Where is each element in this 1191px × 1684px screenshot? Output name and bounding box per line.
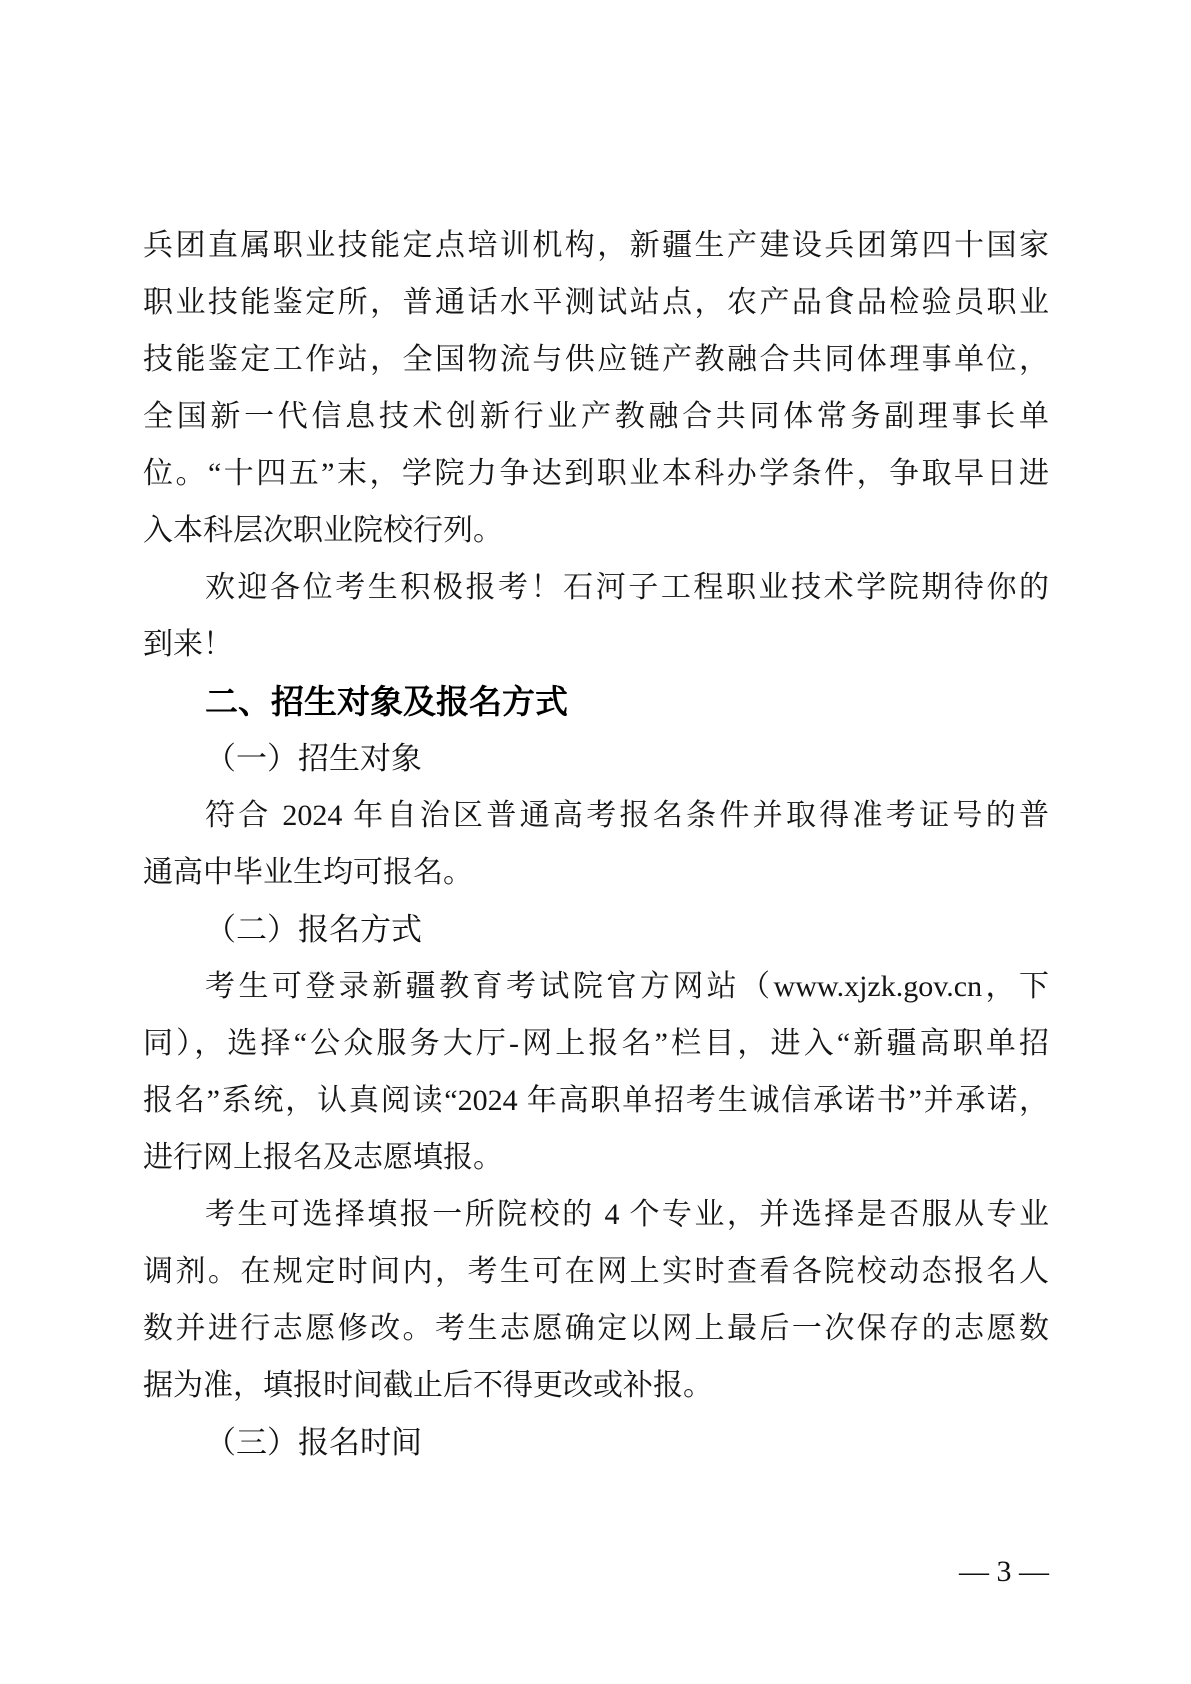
text-line: （三）报名时间 — [143, 1414, 1049, 1471]
text-line: 考生可选择填报一所院校的 4 个专业，并选择是否服从专业 — [143, 1186, 1049, 1243]
text-line: 考生可登录新疆教育考试院官方网站（www.xjzk.gov.cn，下 — [143, 958, 1049, 1015]
section-heading: 二、招生对象及报名方式 — [143, 673, 1049, 730]
text-line: （二）报名方式 — [143, 901, 1049, 958]
text-line: 到来！ — [143, 616, 1049, 673]
text-line: 报名”系统，认真阅读“2024 年高职单招考生诚信承诺书”并承诺， — [143, 1072, 1049, 1129]
paragraph: 考生可登录新疆教育考试院官方网站（www.xjzk.gov.cn，下同），选择“… — [143, 958, 1049, 1186]
text-line: 数并进行志愿修改。考生志愿确定以网上最后一次保存的志愿数 — [143, 1300, 1049, 1357]
text-line: 技能鉴定工作站，全国物流与供应链产教融合共同体理事单位， — [143, 331, 1049, 388]
paragraph: 兵团直属职业技能定点培训机构，新疆生产建设兵团第四十国家职业技能鉴定所，普通话水… — [143, 217, 1049, 559]
text-line: 调剂。在规定时间内，考生可在网上实时查看各院校动态报名人 — [143, 1243, 1049, 1300]
subsection-heading: （一）招生对象 — [143, 730, 1049, 787]
text-line: 符合 2024 年自治区普通高考报名条件并取得准考证号的普 — [143, 787, 1049, 844]
text-line: 欢迎各位考生积极报考！石河子工程职业技术学院期待你的 — [143, 559, 1049, 616]
text-line: 兵团直属职业技能定点培训机构，新疆生产建设兵团第四十国家 — [143, 217, 1049, 274]
subsection-heading: （三）报名时间 — [143, 1414, 1049, 1471]
page-number: — 3 — — [959, 1555, 1049, 1588]
text-line: 全国新一代信息技术创新行业产教融合共同体常务副理事长单 — [143, 388, 1049, 445]
text-line: 职业技能鉴定所，普通话水平测试站点，农产品食品检验员职业 — [143, 274, 1049, 331]
text-line: 入本科层次职业院校行列。 — [143, 502, 1049, 559]
document-page: 兵团直属职业技能定点培训机构，新疆生产建设兵团第四十国家职业技能鉴定所，普通话水… — [0, 0, 1191, 1684]
subsection-heading: （二）报名方式 — [143, 901, 1049, 958]
text-line: 同），选择“公众服务大厅-网上报名”栏目，进入“新疆高职单招 — [143, 1015, 1049, 1072]
text-line: 位。“十四五”末，学院力争达到职业本科办学条件，争取早日进 — [143, 445, 1049, 502]
text-line: （一）招生对象 — [143, 730, 1049, 787]
paragraph: 符合 2024 年自治区普通高考报名条件并取得准考证号的普通高中毕业生均可报名。 — [143, 787, 1049, 901]
document-body: 兵团直属职业技能定点培训机构，新疆生产建设兵团第四十国家职业技能鉴定所，普通话水… — [143, 217, 1049, 1471]
paragraph: 考生可选择填报一所院校的 4 个专业，并选择是否服从专业调剂。在规定时间内，考生… — [143, 1186, 1049, 1414]
text-line: 进行网上报名及志愿填报。 — [143, 1129, 1049, 1186]
text-line: 通高中毕业生均可报名。 — [143, 844, 1049, 901]
page-footer: — 3 — — [143, 1552, 1049, 1592]
text-line: 据为准，填报时间截止后不得更改或补报。 — [143, 1357, 1049, 1414]
text-line: 二、招生对象及报名方式 — [143, 673, 1049, 730]
paragraph: 欢迎各位考生积极报考！石河子工程职业技术学院期待你的到来！ — [143, 559, 1049, 673]
